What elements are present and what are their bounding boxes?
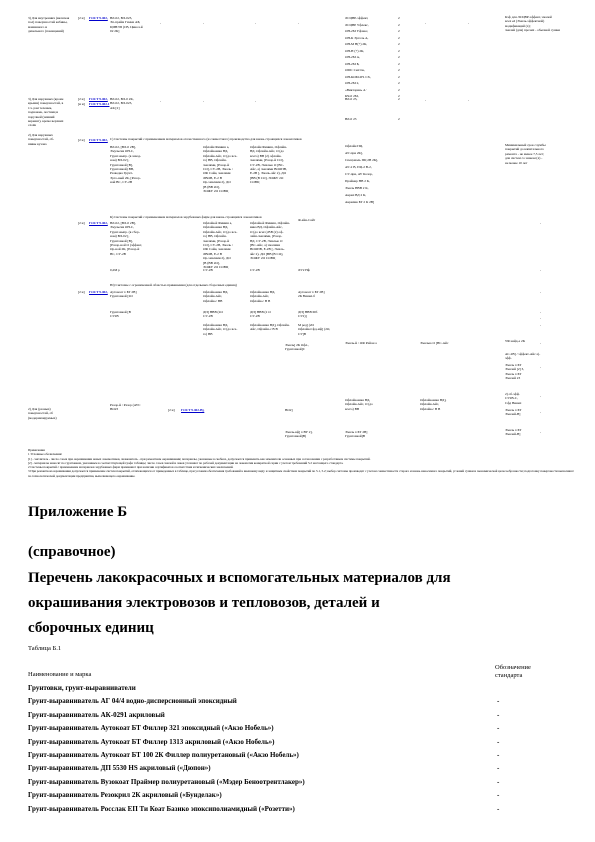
material-standard: - bbox=[497, 724, 499, 732]
column-header-standard: Обозначение стандарта bbox=[495, 664, 531, 679]
table-cell: Офлайн ПЦ, АУ-при 2К], Спецэмаль ПЦ 2В 2… bbox=[345, 143, 395, 206]
table-cell: Офлайн-й Финиш, Офлайн- вика ВД, Офлайн-… bbox=[250, 221, 296, 261]
gost-reference-link[interactable]: ГОСТ 9.402-В], bbox=[181, 408, 204, 412]
table-cell: - bbox=[425, 21, 426, 25]
table-cell: Офлайн-вика ВД, Офлайн-Айс, Офлайн-с ВВ bbox=[203, 290, 248, 303]
material-standard: - bbox=[497, 791, 499, 799]
table-cell: Аутокоат х БТ 2В] Грунтовкой [2О bbox=[110, 290, 155, 299]
table-cell: [2 и] bbox=[78, 138, 85, 142]
table-cell: 0,2М р bbox=[110, 268, 120, 272]
table-cell: СУ-2В bbox=[250, 268, 260, 272]
material-row: Грунт-выравниватель Аутокоат БТ Филлер 1… bbox=[28, 738, 573, 751]
table-cell: - bbox=[160, 99, 161, 103]
table-cell: ВО2] bbox=[285, 408, 293, 412]
table-cell: [2 и] bbox=[78, 290, 85, 294]
table-cell: - bbox=[540, 310, 541, 314]
table-cell: - bbox=[540, 221, 541, 225]
table-cell: [и и] bbox=[78, 102, 85, 106]
table-cell: 2 bbox=[398, 117, 400, 121]
material-name: Грунтовки, грунт-выравниватели bbox=[28, 684, 136, 692]
table-cell: 2 bbox=[398, 97, 400, 101]
table-cell: Офлайн-вика ВД], Офлайн-Айс, Офлайн-с В … bbox=[420, 398, 468, 411]
material-row: Грунт-выравниватель Резокрил 2К акриловы… bbox=[28, 791, 573, 804]
table-cell: ВЛ-02, ВЛ-023, Эп-прайм Гамма АБ, ЦИНЭП … bbox=[110, 16, 155, 34]
table-cell: - bbox=[468, 98, 469, 102]
appendix-heading: Перечень лакокрасочных и вспомогательных… bbox=[28, 566, 573, 641]
gost-reference-link[interactable]: ГОСТ 9.402, bbox=[89, 290, 108, 294]
gost-reference-link[interactable]: ГОСТ 9.402.1 bbox=[89, 102, 109, 106]
gost-reference-link[interactable]: ГОСТ 9.402, bbox=[89, 138, 108, 142]
table-cell: М ред] (2О Офлайн-Сфд-мф] (2О, СУ]В bbox=[298, 323, 343, 336]
material-standard: - bbox=[497, 738, 499, 746]
material-group-row: Грунтовки, грунт-выравниватели bbox=[28, 684, 573, 697]
material-standard: - bbox=[497, 778, 499, 786]
table-cell: СУ-2В bbox=[203, 268, 213, 272]
table-cell: УФ найд-а 2К bbox=[505, 339, 563, 343]
table-cell: ВЛ-0 23 bbox=[345, 117, 357, 121]
table-cell: ВЛ-02, ВЛ-0 2К, ВЛ-02, ВЛ-023, АК [2] bbox=[110, 97, 155, 110]
table-cell: - bbox=[298, 21, 299, 25]
document-page: 3) Для внутренних (включая пол) поверхно… bbox=[0, 0, 595, 842]
appendix-title: Приложение Б bbox=[28, 500, 573, 525]
material-standard: - bbox=[497, 805, 499, 813]
table-cell: - bbox=[540, 430, 541, 434]
table-cell: - bbox=[540, 341, 541, 345]
appendix-subtitle: (справочное) bbox=[28, 540, 573, 565]
material-row: Грунт-выравниватель Росслак ЕП Ти Коат Б… bbox=[28, 805, 573, 818]
table-cell: - bbox=[203, 99, 204, 103]
table-cell: ДП] НВВ (2 О СУ-2В bbox=[250, 310, 295, 319]
table-cell: Офлайн Финиш, Офлайн- ВД, Офлайн-Айс, О … bbox=[250, 145, 296, 185]
table-cell: - bbox=[540, 365, 541, 369]
material-standard: - bbox=[497, 711, 499, 719]
table-caption: Таблица Б.1 bbox=[28, 645, 61, 652]
table-cell: Эмаль х БТ Эмалей [2] 3, Эмаль х БТ Эмал… bbox=[505, 363, 560, 381]
table-cell: Эмаль х БТ 2В] Грунтовкой]В bbox=[345, 430, 393, 439]
material-name: Грунт-выравниватель Вузокоат Праймер пол… bbox=[28, 778, 305, 786]
table-cell: 2 2 2 2 2 2 2 2 2 2 2 2 2 bbox=[398, 15, 400, 100]
materials-table-body: Грунтовки, грунт-выравнивателиГрунт-выра… bbox=[28, 684, 573, 818]
table-footnotes: Примечания1 Условные обозначения:[1] - ч… bbox=[28, 448, 590, 478]
table-cell: 3) Для наружных (кроме крыши) поверхност… bbox=[28, 97, 75, 128]
table-cell: [2 и] bbox=[168, 408, 175, 412]
table-cell: 2) об-эфф. СУ2В-С, Сфд Винил bbox=[505, 392, 560, 405]
table-cell: 2) Для наружных поверхностей, об- шивы к… bbox=[28, 133, 75, 146]
table-cell: Эмаль х БТ Эмалей-В] bbox=[505, 428, 560, 437]
table-cell: - bbox=[255, 99, 256, 103]
material-name: Грунт-выравниватель АГ 04/4 водно-диспер… bbox=[28, 697, 237, 705]
material-standard: - bbox=[497, 697, 499, 705]
table-cell: Офлайн Финиш а, Офлайн-вика ВД, Офлайн-А… bbox=[203, 145, 248, 193]
table-cell: ДП] НВВ Мб СУ2)] bbox=[298, 310, 343, 319]
material-row: Грунт-выравниватель АК-0291 акриловый- bbox=[28, 711, 573, 724]
table-cell: - bbox=[540, 316, 541, 320]
material-name: Грунт-выравниватель ДП 5530 HS акриловый… bbox=[28, 764, 211, 772]
table-cell: - bbox=[255, 21, 256, 25]
table-cell: - bbox=[540, 323, 541, 327]
material-row: Грунт-выравниватель АГ 04/4 водно-диспер… bbox=[28, 697, 573, 710]
material-name: Грунт-выравниватель Резокрил 2К акриловы… bbox=[28, 791, 222, 799]
table-cell: Офлайн-вика ВД], Офлайн- Айс, Офлайн-с В… bbox=[250, 323, 296, 332]
table-cell: [2 и] bbox=[78, 16, 85, 20]
table-cell: Разор-й / Разор (АУС ВО23 bbox=[110, 403, 158, 412]
table-cell: Кэф для ЛСЦВР-эффект, эмалей всех её (Эм… bbox=[505, 15, 573, 33]
gost-reference-link[interactable]: ГОСТ 9.402, bbox=[89, 221, 108, 225]
table-cell: ЛУ2 Нф bbox=[298, 268, 310, 272]
table-cell: С) Системы покрытий с применением матери… bbox=[110, 137, 570, 141]
footnote-line: по технологической документации предприя… bbox=[28, 474, 590, 478]
table-cell: Минимальный срок службы покрытий до капи… bbox=[505, 143, 573, 165]
material-name: Грунт-выравниватель Аутокоат БТ Филлер 1… bbox=[28, 738, 275, 746]
gost-reference-link[interactable]: ГОСТ 9.402, bbox=[89, 97, 108, 101]
gost-reference-link[interactable]: ГОСТ 9.402, bbox=[89, 16, 108, 20]
material-row: Грунт-выравниватель Вузокоат Праймер пол… bbox=[28, 778, 573, 791]
table-cell: - bbox=[425, 98, 426, 102]
table-cell: Ю) Системы с ограниченной областью приме… bbox=[110, 283, 570, 287]
material-row: Грунт-выравниватель ДП 5530 HS акриловый… bbox=[28, 764, 573, 777]
material-row: Грунт-выравниватель Аутокоат БТ Филлер 3… bbox=[28, 724, 573, 737]
table-cell: Эмаль-вф] х ВУ 2], Грунтовкой]В) bbox=[285, 430, 335, 439]
material-row: Грунт-выравниватель Аутокоат БТ 100 2К Ф… bbox=[28, 751, 573, 764]
material-standard: - bbox=[497, 751, 499, 759]
table-cell: ВЛ-0 23, bbox=[345, 97, 357, 101]
material-name: Грунт-выравниватель Росслак ЕП Ти Коат Б… bbox=[28, 805, 295, 813]
table-cell: Эмаль х БТ Эмалей-В] bbox=[505, 408, 560, 417]
table-cell: Офлайн-вика ВД, Офлайн-Айс, Офлайн-с В В bbox=[250, 290, 295, 303]
table-cell: Эмаль] 2К Офл., Грунтовкой]С bbox=[285, 343, 333, 352]
column-header-name: Наименование и марка bbox=[28, 671, 91, 678]
table-cell: 3) Для внутренних (включая пол) поверхно… bbox=[28, 16, 75, 34]
table-cell: - bbox=[540, 394, 541, 398]
table-cell: - bbox=[160, 21, 161, 25]
table-cell: [2 и] bbox=[78, 97, 85, 101]
table-cell: Офлайн-вика ВД, Офлайн-Айс, О (до все- г… bbox=[203, 323, 248, 336]
table-cell: - bbox=[203, 21, 204, 25]
table-cell: - bbox=[468, 21, 469, 25]
table-cell: 2) Для (разных) поверхностей, об (модерн… bbox=[28, 407, 75, 420]
material-standard: - bbox=[497, 764, 499, 772]
table-cell: ДП] НВВ (2О СУ-2В bbox=[203, 310, 248, 319]
table-cell: ВЛ-02, [ВЛ-0 2В], Эмульсия ОН-С, Грунт-в… bbox=[110, 221, 155, 256]
table-cell: - bbox=[540, 268, 541, 272]
table-cell: Офлайн-й Финиш а, Офлайн-вика ВД, Офлайн… bbox=[203, 221, 248, 269]
table-cell: Эмаль-й / ОФ Район а bbox=[345, 341, 393, 345]
material-name: Грунт-выравниватель Аутокоат БТ 100 2К Ф… bbox=[28, 751, 299, 759]
table-cell: Эмалью О [ВС-Айс bbox=[420, 341, 468, 345]
table-cell: Ф-айн-Сайт bbox=[298, 218, 343, 222]
table-cell: - bbox=[540, 290, 541, 294]
material-name: Грунт-выравниватель АК-0291 акриловый bbox=[28, 711, 165, 719]
table-cell: - bbox=[540, 410, 541, 414]
table-cell: Офлайн-вика ВД, Офлайн-Айс, О (до всего)… bbox=[345, 398, 393, 411]
material-name: Грунт-выравниватель Аутокоат БТ Филлер 3… bbox=[28, 724, 274, 732]
table-cell: АС-2В] / эффект-Айс а)- эфф. bbox=[505, 352, 563, 361]
table-cell: Грунтовкой [В СУ2В bbox=[110, 310, 155, 319]
table-cell: [2 и] bbox=[78, 221, 85, 225]
table-cell: ВЛ-02, [ВЛ-0 2В], Эмульсия ОН-С, Грунт-в… bbox=[110, 145, 155, 185]
table-cell: Аутокоат х БТ 2В] 2К Винил-б bbox=[298, 290, 343, 299]
table-cell: ЛСЦВР-эффект, ЛСЦВР Уфлекс, ОН-2М Уфлекс… bbox=[345, 15, 395, 100]
